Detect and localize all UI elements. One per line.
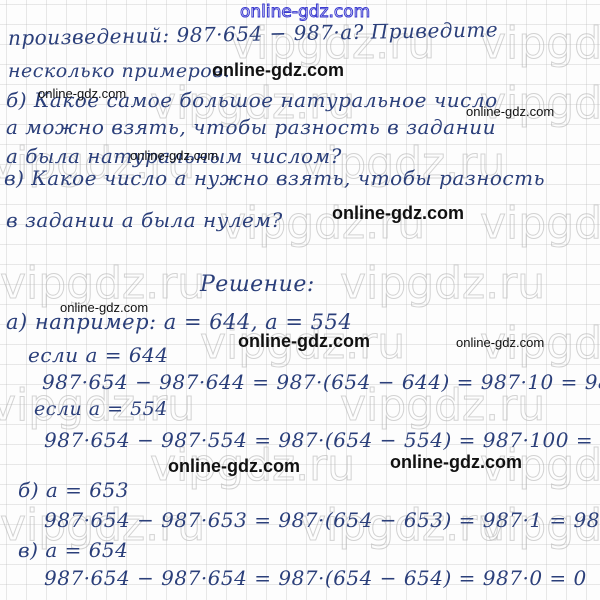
part-c-header: в) a = 654 bbox=[18, 538, 128, 562]
notebook-page: vipgdz.ru vipgdz.ru vipgdz.ru vipgdz.ru … bbox=[0, 0, 600, 600]
background-watermark: vipgdz.ru bbox=[340, 258, 545, 309]
overlay-watermark: online-gdz.com bbox=[130, 148, 218, 163]
overlay-watermark: online-gdz.com bbox=[168, 456, 300, 477]
overlay-watermark: online-gdz.com bbox=[332, 203, 464, 224]
part-a-case1-label: если a = 644 bbox=[28, 343, 169, 367]
part-a-label: а) bbox=[6, 310, 28, 334]
overlay-watermark: online-gdz.com bbox=[456, 335, 544, 350]
problem-line: в задании a была нулем? bbox=[6, 208, 283, 232]
solution-title: Решение: bbox=[200, 272, 315, 297]
part-b-label: б) bbox=[18, 478, 39, 502]
part-c-value: a = 654 bbox=[45, 538, 128, 562]
problem-line: a можно взять, чтобы разность в задании bbox=[6, 115, 496, 139]
part-b-calc: 987·654 − 987·653 = 987·(654 − 653) = 98… bbox=[44, 508, 600, 532]
overlay-watermark: online-gdz.com bbox=[390, 452, 522, 473]
overlay-watermark: online-gdz.com bbox=[212, 60, 344, 81]
problem-line: в) Какое число a нужно взять, чтобы разн… bbox=[4, 166, 545, 190]
part-b-header: б) a = 653 bbox=[18, 478, 129, 502]
part-a-case2-calc: 987·654 − 987·554 = 987·(654 − 554) = 98… bbox=[44, 428, 600, 452]
problem-line: несколько примеров. bbox=[8, 60, 230, 82]
background-watermark: vipgdz.ru bbox=[480, 198, 600, 249]
part-c-label: в) bbox=[18, 538, 38, 562]
overlay-watermark: online-gdz.com bbox=[238, 331, 370, 352]
part-a-case2-label: если a = 554 bbox=[34, 398, 168, 420]
part-c-calc: 987·654 − 987·654 = 987·(654 − 654) = 98… bbox=[44, 566, 587, 590]
part-a-case1-calc: 987·654 − 987·644 = 987·(654 − 644) = 98… bbox=[42, 370, 600, 394]
overlay-watermark: online-gdz.com bbox=[60, 300, 148, 315]
overlay-watermark: online-gdz.com bbox=[38, 86, 126, 101]
overlay-watermark: online-gdz.com bbox=[466, 104, 554, 119]
part-b-value: a = 653 bbox=[46, 478, 129, 502]
